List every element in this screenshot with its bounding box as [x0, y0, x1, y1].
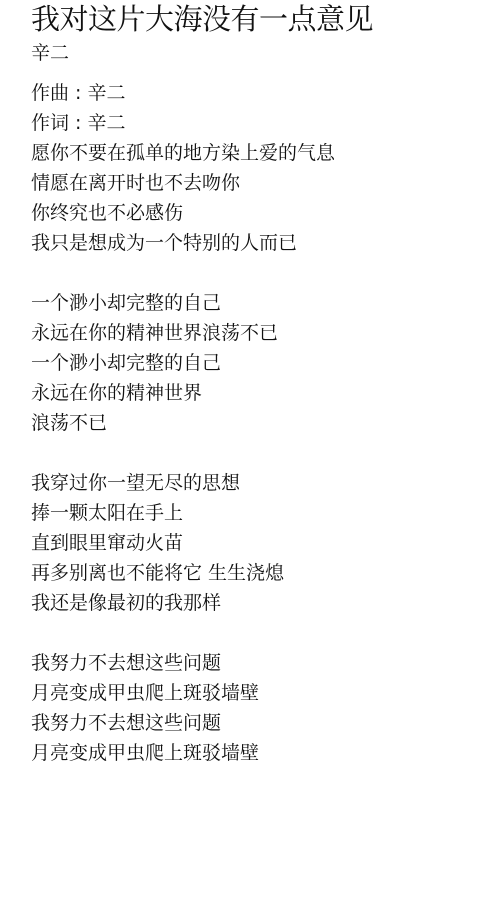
lyric-line: 情愿在离开时也不去吻你: [31, 168, 335, 198]
lyrics-body: 作曲 : 辛二 作词 : 辛二 愿你不要在孤单的地方染上爱的气息 情愿在离开时也…: [31, 78, 335, 768]
stanza-break: [31, 258, 335, 288]
lyric-line: 永远在你的精神世界浪荡不已: [31, 318, 335, 348]
artist-name: 辛二: [31, 40, 69, 66]
lyric-line: 永远在你的精神世界: [31, 378, 335, 408]
lyric-line: 作曲 : 辛二: [31, 78, 335, 108]
lyric-line: 月亮变成甲虫爬上斑驳墙壁: [31, 678, 335, 708]
lyric-line: 你终究也不必感伤: [31, 198, 335, 228]
lyric-line: 一个渺小却完整的自己: [31, 348, 335, 378]
lyric-line: 再多别离也不能将它 生生浇熄: [31, 558, 335, 588]
lyric-line: 直到眼里窜动火苗: [31, 528, 335, 558]
stanza-break: [31, 618, 335, 648]
song-title: 我对这片大海没有一点意见: [31, 1, 373, 37]
lyric-line: 浪荡不已: [31, 408, 335, 438]
stanza-break: [31, 438, 335, 468]
lyric-line: 作词 : 辛二: [31, 108, 335, 138]
lyric-line: 我只是想成为一个特别的人而已: [31, 228, 335, 258]
lyric-line: 一个渺小却完整的自己: [31, 288, 335, 318]
lyric-line: 我穿过你一望无尽的思想: [31, 468, 335, 498]
lyric-line: 捧一颗太阳在手上: [31, 498, 335, 528]
lyric-line: 我努力不去想这些问题: [31, 648, 335, 678]
lyric-line: 我努力不去想这些问题: [31, 708, 335, 738]
lyric-line: 我还是像最初的我那样: [31, 588, 335, 618]
lyric-line: 月亮变成甲虫爬上斑驳墙壁: [31, 738, 335, 768]
lyric-line: 愿你不要在孤单的地方染上爱的气息: [31, 138, 335, 168]
